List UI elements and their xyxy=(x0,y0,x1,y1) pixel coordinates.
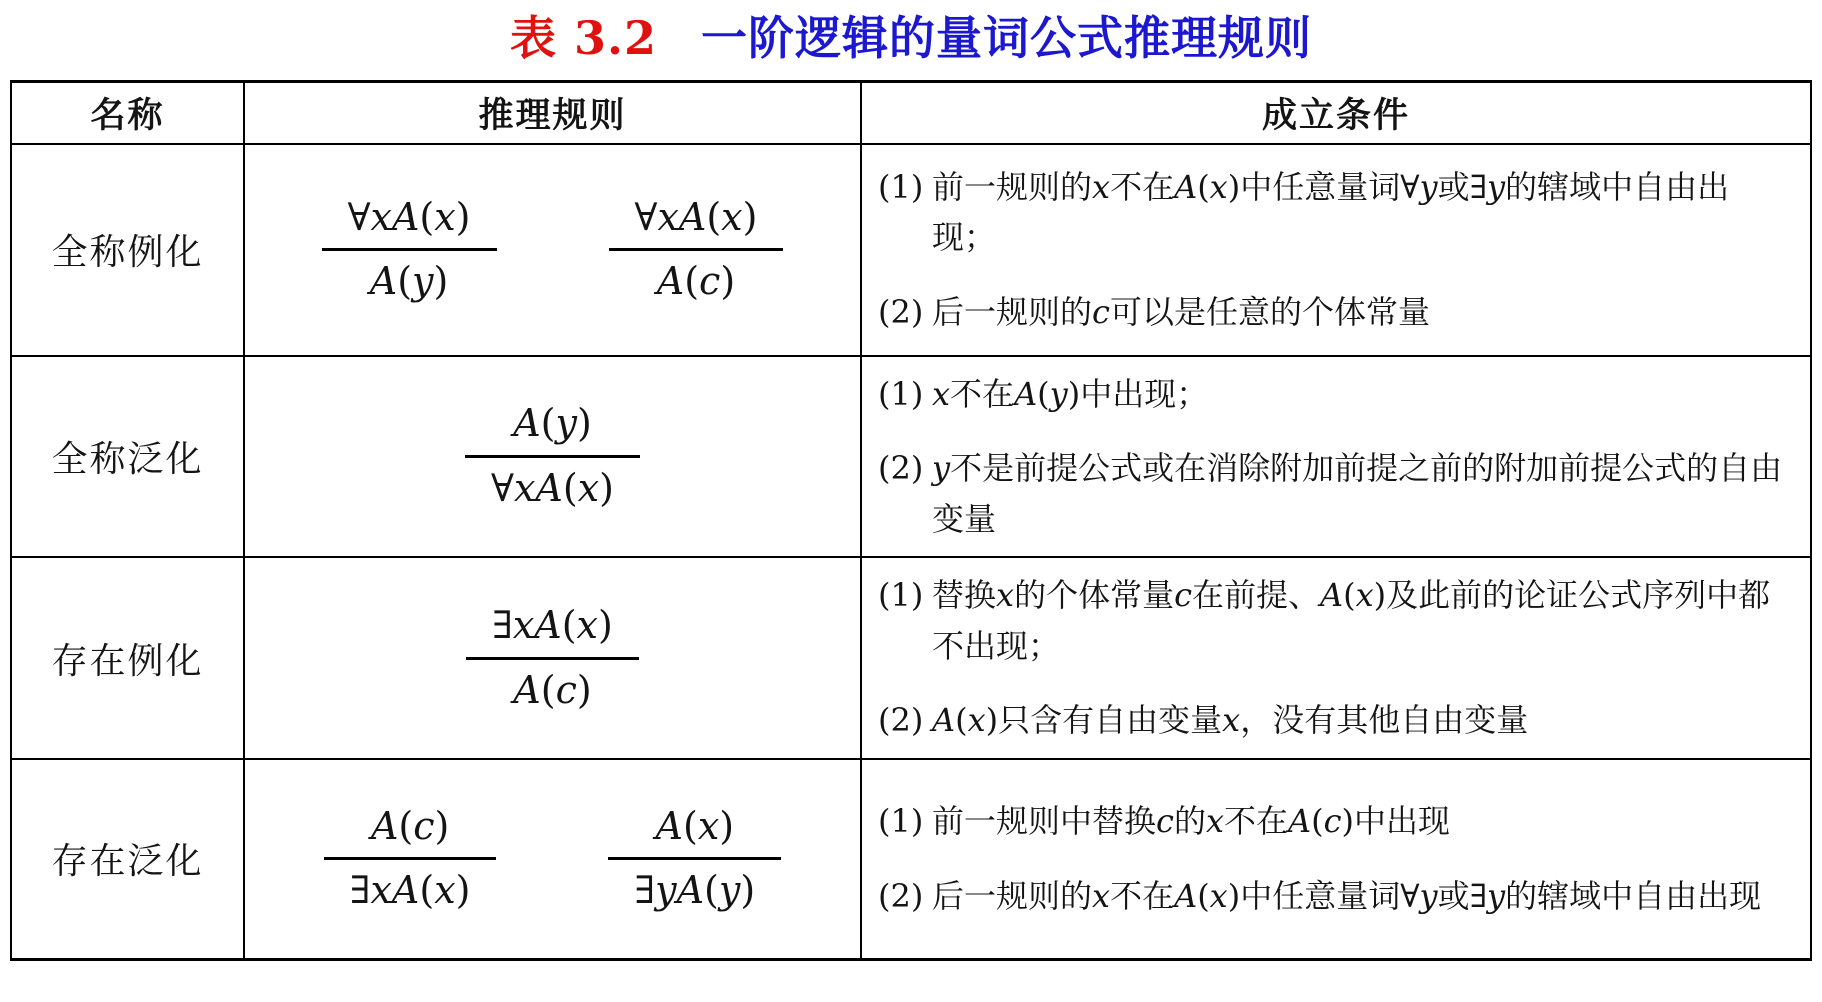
table-row: 存在泛化A(c)∃xA(x)A(x)∃yA(y)(1)前一规则中替换c的x不在A… xyxy=(11,759,1811,959)
condition-number: (2) xyxy=(878,871,932,922)
condition-text-run: 中任意量词 xyxy=(1240,168,1400,206)
condition-text: 前一规则的x不在A(x)中任意量词∀y或∃y的辖域中自由出现； xyxy=(932,162,1792,263)
condition-text: 替换x的个体常量c在前提、A(x)及此前的论证公式序列中都不出现； xyxy=(932,570,1792,671)
condition-number: (2) xyxy=(878,287,932,338)
table-number: 表 3.2 xyxy=(510,11,657,65)
math-expression: ∀y xyxy=(1400,877,1437,915)
condition-number: (1) xyxy=(878,369,932,420)
table-header-row: 名称 推理规则 成立条件 xyxy=(11,82,1811,144)
math-expression: c xyxy=(1092,293,1110,331)
condition-text-run: 不在 xyxy=(950,375,1014,413)
condition-text-run: 的 xyxy=(1174,802,1206,840)
math-expression: A(y) xyxy=(513,401,592,445)
rule-formula-cell: ∃xA(x)A(c) xyxy=(244,557,861,759)
inference-fraction: ∃xA(x)A(c) xyxy=(466,602,639,714)
math-expression: x xyxy=(1092,168,1110,206)
condition-item: (1)前一规则的x不在A(x)中任意量词∀y或∃y的辖域中自由出现； xyxy=(878,162,1792,263)
condition-text: A(x)只含有自由变量x，没有其他自由变量 xyxy=(932,695,1792,746)
condition-text-run: 中出现； xyxy=(1080,375,1208,413)
math-expression: ∀xA(x) xyxy=(348,195,471,239)
math-expression: ∀xA(x) xyxy=(635,195,758,239)
condition-text-run: 中任意量词 xyxy=(1240,877,1400,915)
premise-formula: A(c) xyxy=(345,803,475,858)
math-expression: x xyxy=(1222,701,1240,739)
condition-text-run: 后一规则的 xyxy=(932,877,1092,915)
condition-text-run: ，没有其他自由变量 xyxy=(1240,701,1528,739)
table-title: 表 3.2一阶逻辑的量词公式推理规则 xyxy=(0,6,1822,70)
premise-formula: ∃xA(x) xyxy=(466,602,639,657)
condition-cell: (1)替换x的个体常量c在前提、A(x)及此前的论证公式序列中都不出现；(2)A… xyxy=(861,557,1811,759)
condition-number: (1) xyxy=(878,162,932,263)
inference-fraction: ∀xA(x)A(c) xyxy=(609,194,784,306)
header-condition: 成立条件 xyxy=(861,82,1811,144)
rule-name-cell: 全称例化 xyxy=(11,144,244,356)
condition-text: 前一规则中替换c的x不在A(c)中出现 xyxy=(932,796,1792,847)
table-row: 全称泛化A(y)∀xA(x)(1)x不在A(y)中出现；(2)y不是前提公式或在… xyxy=(11,356,1811,558)
condition-text-run: 或 xyxy=(1438,168,1470,206)
inference-rules-table: 名称 推理规则 成立条件 全称例化∀xA(x)A(y)∀xA(x)A(c)(1)… xyxy=(10,80,1812,961)
premise-formula: ∀xA(x) xyxy=(609,194,784,249)
condition-item: (1)前一规则中替换c的x不在A(c)中出现 xyxy=(878,796,1792,847)
condition-text-run: 或 xyxy=(1438,877,1470,915)
conclusion-formula: ∃yA(y) xyxy=(608,860,781,915)
premise-formula: A(y) xyxy=(487,400,618,455)
condition-item: (1)x不在A(y)中出现； xyxy=(878,369,1792,420)
math-expression: A(x) xyxy=(932,701,998,739)
rule-name-cell: 全称泛化 xyxy=(11,356,244,558)
math-expression: A(y) xyxy=(370,259,449,303)
condition-text-run: 的辖域中自由出现 xyxy=(1505,877,1761,915)
conclusion-formula: ∃xA(x) xyxy=(324,860,497,915)
condition-text-run: 不是前提公式或在消除附加前提之前的附加前提公式的自由变量 xyxy=(932,449,1782,538)
math-expression: x xyxy=(932,375,950,413)
math-expression: A(c) xyxy=(1288,802,1354,840)
condition-item: (2)后一规则的x不在A(x)中任意量词∀y或∃y的辖域中自由出现 xyxy=(878,871,1792,922)
inference-fraction: A(y)∀xA(x) xyxy=(465,400,640,512)
conclusion-formula: A(y) xyxy=(344,251,475,306)
math-expression: x xyxy=(1206,802,1224,840)
math-expression: x xyxy=(996,576,1014,614)
condition-text-run: 只含有自由变量 xyxy=(998,701,1222,739)
math-expression: ∃y xyxy=(1470,168,1505,206)
inference-fraction: A(x)∃yA(y) xyxy=(608,803,781,915)
book-page: 表 3.2一阶逻辑的量词公式推理规则 名称 推理规则 成立条件 全称例化∀xA(… xyxy=(0,0,1822,961)
condition-text-run: 的个体常量 xyxy=(1014,576,1174,614)
condition-text-run: 可以是任意的个体常量 xyxy=(1110,293,1430,331)
rule-formula-cell: A(c)∃xA(x)A(x)∃yA(y) xyxy=(244,759,861,959)
rule-formula-cell: A(y)∀xA(x) xyxy=(244,356,861,558)
condition-item: (2)后一规则的c可以是任意的个体常量 xyxy=(878,287,1792,338)
table-caption: 一阶逻辑的量词公式推理规则 xyxy=(701,11,1312,65)
condition-text-run: 不在 xyxy=(1110,168,1174,206)
inference-fraction: A(c)∃xA(x) xyxy=(324,803,497,915)
condition-item: (2)A(x)只含有自由变量x，没有其他自由变量 xyxy=(878,695,1792,746)
rule-name-cell: 存在泛化 xyxy=(11,759,244,959)
conclusion-formula: A(c) xyxy=(487,660,617,715)
condition-text-run: 不在 xyxy=(1110,877,1174,915)
condition-cell: (1)前一规则中替换c的x不在A(c)中出现(2)后一规则的x不在A(x)中任意… xyxy=(861,759,1811,959)
condition-number: (2) xyxy=(878,443,932,544)
condition-number: (1) xyxy=(878,796,932,847)
math-expression: ∃yA(y) xyxy=(634,868,755,912)
condition-text: x不在A(y)中出现； xyxy=(932,369,1792,420)
conclusion-formula: ∀xA(x) xyxy=(465,458,640,513)
condition-text: 后一规则的x不在A(x)中任意量词∀y或∃y的辖域中自由出现 xyxy=(932,871,1792,922)
table-row: 全称例化∀xA(x)A(y)∀xA(x)A(c)(1)前一规则的x不在A(x)中… xyxy=(11,144,1811,356)
math-expression: ∀xA(x) xyxy=(491,466,614,510)
premise-formula: ∀xA(x) xyxy=(322,194,497,249)
condition-text: 后一规则的c可以是任意的个体常量 xyxy=(932,287,1792,338)
condition-text-run: 前一规则中替换 xyxy=(932,802,1156,840)
math-expression: A(c) xyxy=(513,668,591,712)
math-expression: A(c) xyxy=(371,804,449,848)
condition-text-run: 在前提、 xyxy=(1192,576,1320,614)
condition-text-run: 后一规则的 xyxy=(932,293,1092,331)
condition-number: (1) xyxy=(878,570,932,671)
math-expression: A(x) xyxy=(1174,877,1240,915)
condition-text-run: 前一规则的 xyxy=(932,168,1092,206)
condition-item: (1)替换x的个体常量c在前提、A(x)及此前的论证公式序列中都不出现； xyxy=(878,570,1792,671)
math-expression: A(y) xyxy=(1014,375,1080,413)
premise-formula: A(x) xyxy=(630,803,761,858)
math-expression: c xyxy=(1156,802,1174,840)
rule-formula-cell: ∀xA(x)A(y)∀xA(x)A(c) xyxy=(244,144,861,356)
condition-cell: (1)前一规则的x不在A(x)中任意量词∀y或∃y的辖域中自由出现；(2)后一规… xyxy=(861,144,1811,356)
formula-group: ∀xA(x)A(y)∀xA(x)A(c) xyxy=(246,194,859,306)
math-expression: A(c) xyxy=(657,259,735,303)
math-expression: A(x) xyxy=(1320,576,1386,614)
math-expression: A(x) xyxy=(656,804,735,848)
formula-group: ∃xA(x)A(c) xyxy=(246,602,859,714)
conclusion-formula: A(c) xyxy=(631,251,761,306)
header-rule: 推理规则 xyxy=(244,82,861,144)
table-body: 全称例化∀xA(x)A(y)∀xA(x)A(c)(1)前一规则的x不在A(x)中… xyxy=(11,144,1811,960)
header-name: 名称 xyxy=(11,82,244,144)
formula-group: A(y)∀xA(x) xyxy=(246,400,859,512)
condition-text: y不是前提公式或在消除附加前提之前的附加前提公式的自由变量 xyxy=(932,443,1792,544)
inference-fraction: ∀xA(x)A(y) xyxy=(322,194,497,306)
condition-number: (2) xyxy=(878,695,932,746)
math-expression: x xyxy=(1092,877,1110,915)
table-row: 存在例化∃xA(x)A(c)(1)替换x的个体常量c在前提、A(x)及此前的论证… xyxy=(11,557,1811,759)
math-expression: y xyxy=(932,449,950,487)
condition-text-run: 不在 xyxy=(1224,802,1288,840)
condition-item: (2)y不是前提公式或在消除附加前提之前的附加前提公式的自由变量 xyxy=(878,443,1792,544)
formula-group: A(c)∃xA(x)A(x)∃yA(y) xyxy=(246,803,859,915)
condition-text-run: 替换 xyxy=(932,576,996,614)
condition-cell: (1)x不在A(y)中出现；(2)y不是前提公式或在消除附加前提之前的附加前提公… xyxy=(861,356,1811,558)
math-expression: ∃y xyxy=(1470,877,1505,915)
math-expression: A(x) xyxy=(1174,168,1240,206)
condition-text-run: 中出现 xyxy=(1354,802,1450,840)
math-expression: c xyxy=(1174,576,1192,614)
math-expression: ∃xA(x) xyxy=(492,603,613,647)
math-expression: ∀y xyxy=(1400,168,1437,206)
rule-name-cell: 存在例化 xyxy=(11,557,244,759)
math-expression: ∃xA(x) xyxy=(350,868,471,912)
